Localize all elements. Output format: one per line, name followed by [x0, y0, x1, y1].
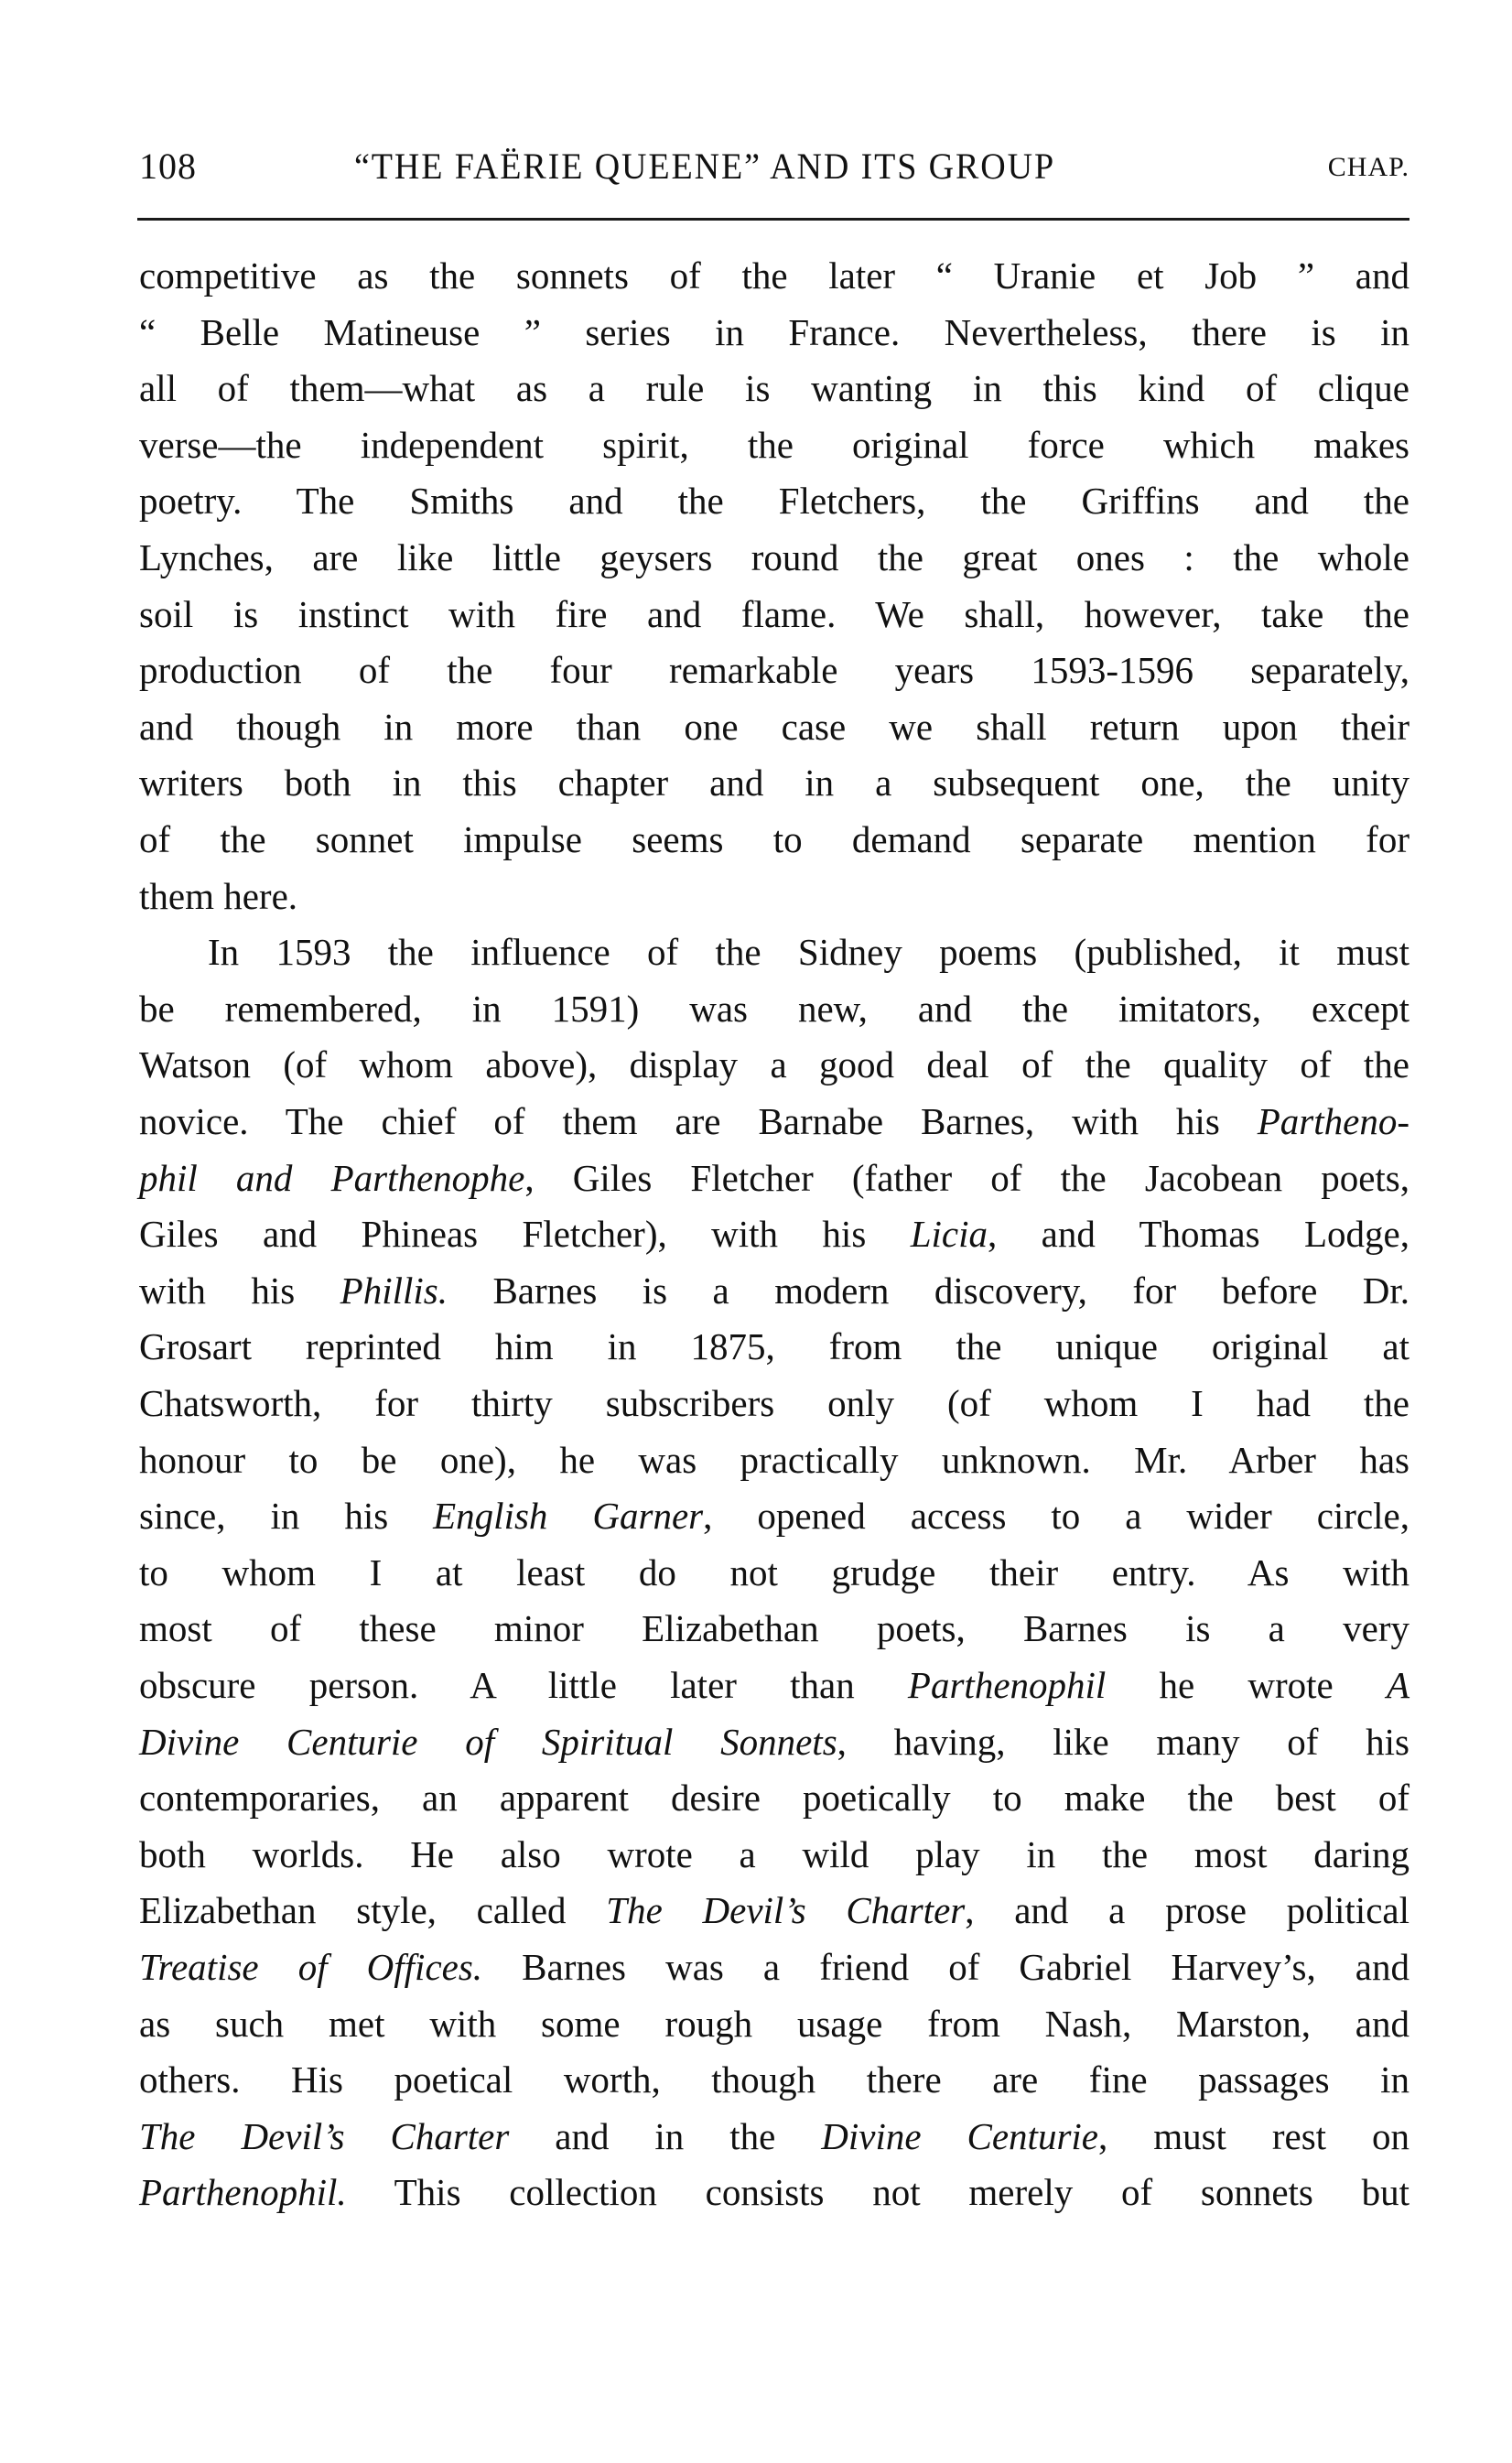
- text-line: obscure person. A little later than Part…: [139, 1657, 1409, 1713]
- italic-title: A: [1387, 1664, 1409, 1706]
- text-segment: contemporaries, an apparent desire poeti…: [139, 1777, 1409, 1819]
- text-segment: of the sonnet impulse seems to demand se…: [139, 818, 1409, 860]
- text-segment: Barnes was a friend of Gabriel Harvey’s,…: [482, 1946, 1409, 1988]
- text-line: with his Phillis. Barnes is a modern dis…: [139, 1262, 1409, 1319]
- text-segment: Lynches, are like little geysers round t…: [139, 536, 1409, 578]
- text-segment: and in the: [509, 2115, 821, 2157]
- text-line: to whom I at least do not grudge their e…: [139, 1544, 1409, 1601]
- text-line: competitive as the sonnets of the later …: [139, 247, 1409, 304]
- text-segment: both worlds. He also wrote a wild play i…: [139, 1833, 1409, 1875]
- text-line: all of them—what as a rule is wanting in…: [139, 360, 1409, 416]
- text-line: Parthenophil. This collection consists n…: [139, 2164, 1409, 2220]
- text-segment: novice. The chief of them are Barnabe Ba…: [139, 1100, 1258, 1142]
- text-segment: , Giles Fletcher (father of the Jacobean…: [524, 1157, 1409, 1199]
- text-line: them here.: [139, 868, 1409, 924]
- text-segment: “ Belle Matineuse ” series in France. Ne…: [139, 311, 1409, 353]
- text-segment: them here.: [139, 875, 297, 917]
- italic-title: Partheno-: [1258, 1100, 1409, 1142]
- text-segment: , opened access to a wider circle,: [703, 1495, 1409, 1537]
- italic-title: Parthenophil.: [139, 2171, 347, 2213]
- italic-title: Phillis.: [340, 1269, 448, 1312]
- italic-title: Divine Centurie: [821, 2115, 1098, 2157]
- text-segment: he wrote: [1106, 1664, 1387, 1706]
- text-line: both worlds. He also wrote a wild play i…: [139, 1826, 1409, 1883]
- text-line: “ Belle Matineuse ” series in France. Ne…: [139, 304, 1409, 361]
- text-segment: with his: [139, 1269, 340, 1312]
- text-line: production of the four remarkable years …: [139, 642, 1409, 698]
- text-segment: Barnes is a modern discovery, for before…: [448, 1269, 1409, 1312]
- text-segment: Elizabethan style, called: [139, 1889, 606, 1931]
- text-line: be remembered, in 1591) was new, and the…: [139, 980, 1409, 1037]
- text-line: Lynches, are like little geysers round t…: [139, 529, 1409, 586]
- text-segment: most of these minor Elizabethan poets, B…: [139, 1607, 1409, 1649]
- text-segment: as such met with some rough usage from N…: [139, 2003, 1409, 2045]
- text-line: Watson (of whom above), display a good d…: [139, 1036, 1409, 1093]
- page-number: 108: [139, 145, 197, 188]
- text-segment: all of them—what as a rule is wanting in…: [139, 367, 1409, 409]
- text-line: In 1593 the influence of the Sidney poem…: [139, 924, 1409, 980]
- chapter-label: CHAP.: [1328, 152, 1409, 183]
- text-line: poetry. The Smiths and the Fletchers, th…: [139, 472, 1409, 529]
- text-segment: production of the four remarkable years …: [139, 649, 1409, 691]
- text-segment: competitive as the sonnets of the later …: [139, 254, 1409, 297]
- text-segment: to whom I at least do not grudge their e…: [139, 1551, 1409, 1593]
- text-line: soil is instinct with fire and flame. We…: [139, 586, 1409, 643]
- text-segment: be remembered, in 1591) was new, and the…: [139, 988, 1409, 1030]
- text-segment: Grosart reprinted him in 1875, from the …: [139, 1325, 1409, 1367]
- text-segment: and though in more than one case we shal…: [139, 706, 1409, 748]
- text-line: Chatsworth, for thirty subscribers only …: [139, 1375, 1409, 1431]
- text-line: most of these minor Elizabethan poets, B…: [139, 1600, 1409, 1657]
- book-page: 108 “THE FAËRIE QUEENE” AND ITS GROUP CH…: [0, 0, 1512, 2463]
- text-segment: , and Thomas Lodge,: [988, 1213, 1409, 1255]
- text-segment: Chatsworth, for thirty subscribers only …: [139, 1382, 1409, 1424]
- text-line: novice. The chief of them are Barnabe Ba…: [139, 1093, 1409, 1150]
- text-line: Elizabethan style, called The Devil’s Ch…: [139, 1882, 1409, 1939]
- running-title: “THE FAËRIE QUEENE” AND ITS GROUP: [354, 145, 1055, 188]
- header-rule: [137, 218, 1409, 221]
- italic-title: Treatise of Offices.: [139, 1946, 482, 1988]
- text-line: and though in more than one case we shal…: [139, 698, 1409, 755]
- text-segment: poetry. The Smiths and the Fletchers, th…: [139, 480, 1409, 522]
- running-header: 108 “THE FAËRIE QUEENE” AND ITS GROUP CH…: [139, 139, 1409, 190]
- text-segment: In 1593 the influence of the Sidney poem…: [208, 931, 1409, 973]
- text-line: The Devil’s Charter and in the Divine Ce…: [139, 2108, 1409, 2165]
- text-segment: Giles and Phineas Fletcher), with his: [139, 1213, 911, 1255]
- text-line: of the sonnet impulse seems to demand se…: [139, 811, 1409, 868]
- text-line: phil and Parthenophe, Giles Fletcher (fa…: [139, 1150, 1409, 1206]
- text-segment: Watson (of whom above), display a good d…: [139, 1043, 1409, 1086]
- text-line: Giles and Phineas Fletcher), with his Li…: [139, 1205, 1409, 1262]
- text-line: as such met with some rough usage from N…: [139, 1995, 1409, 2052]
- text-segment: , having, like many of his: [837, 1721, 1409, 1763]
- text-line: verse—the independent spirit, the origin…: [139, 416, 1409, 473]
- text-line: Divine Centurie of Spiritual Sonnets, ha…: [139, 1713, 1409, 1770]
- text-segment: obscure person. A little later than: [139, 1664, 908, 1706]
- text-segment: , must rest on: [1098, 2115, 1409, 2157]
- italic-title: Divine Centurie of Spiritual Sonnets: [139, 1721, 837, 1763]
- text-line: Grosart reprinted him in 1875, from the …: [139, 1318, 1409, 1375]
- italic-title: The Devil’s Charter: [139, 2115, 509, 2157]
- text-line: since, in his English Garner, opened acc…: [139, 1487, 1409, 1544]
- italic-title: Licia: [911, 1213, 988, 1255]
- text-segment: This collection consists not merely of s…: [347, 2171, 1409, 2213]
- text-line: honour to be one), he was practically un…: [139, 1431, 1409, 1488]
- text-segment: others. His poetical worth, though there…: [139, 2058, 1409, 2101]
- text-line: others. His poetical worth, though there…: [139, 2051, 1409, 2108]
- text-segment: writers both in this chapter and in a su…: [139, 762, 1409, 804]
- text-segment: , and a prose political: [965, 1889, 1409, 1931]
- italic-title: phil and Parthenophe: [139, 1157, 524, 1199]
- text-segment: soil is instinct with fire and flame. We…: [139, 593, 1409, 635]
- italic-title: The Devil’s Charter: [606, 1889, 965, 1931]
- text-line: Treatise of Offices. Barnes was a friend…: [139, 1939, 1409, 1995]
- text-segment: verse—the independent spirit, the origin…: [139, 424, 1409, 466]
- text-line: writers both in this chapter and in a su…: [139, 754, 1409, 811]
- italic-title: Parthenophil: [908, 1664, 1106, 1706]
- text-segment: since, in his: [139, 1495, 433, 1537]
- text-segment: honour to be one), he was practically un…: [139, 1439, 1409, 1481]
- italic-title: English Garner: [433, 1495, 703, 1537]
- text-line: contemporaries, an apparent desire poeti…: [139, 1769, 1409, 1826]
